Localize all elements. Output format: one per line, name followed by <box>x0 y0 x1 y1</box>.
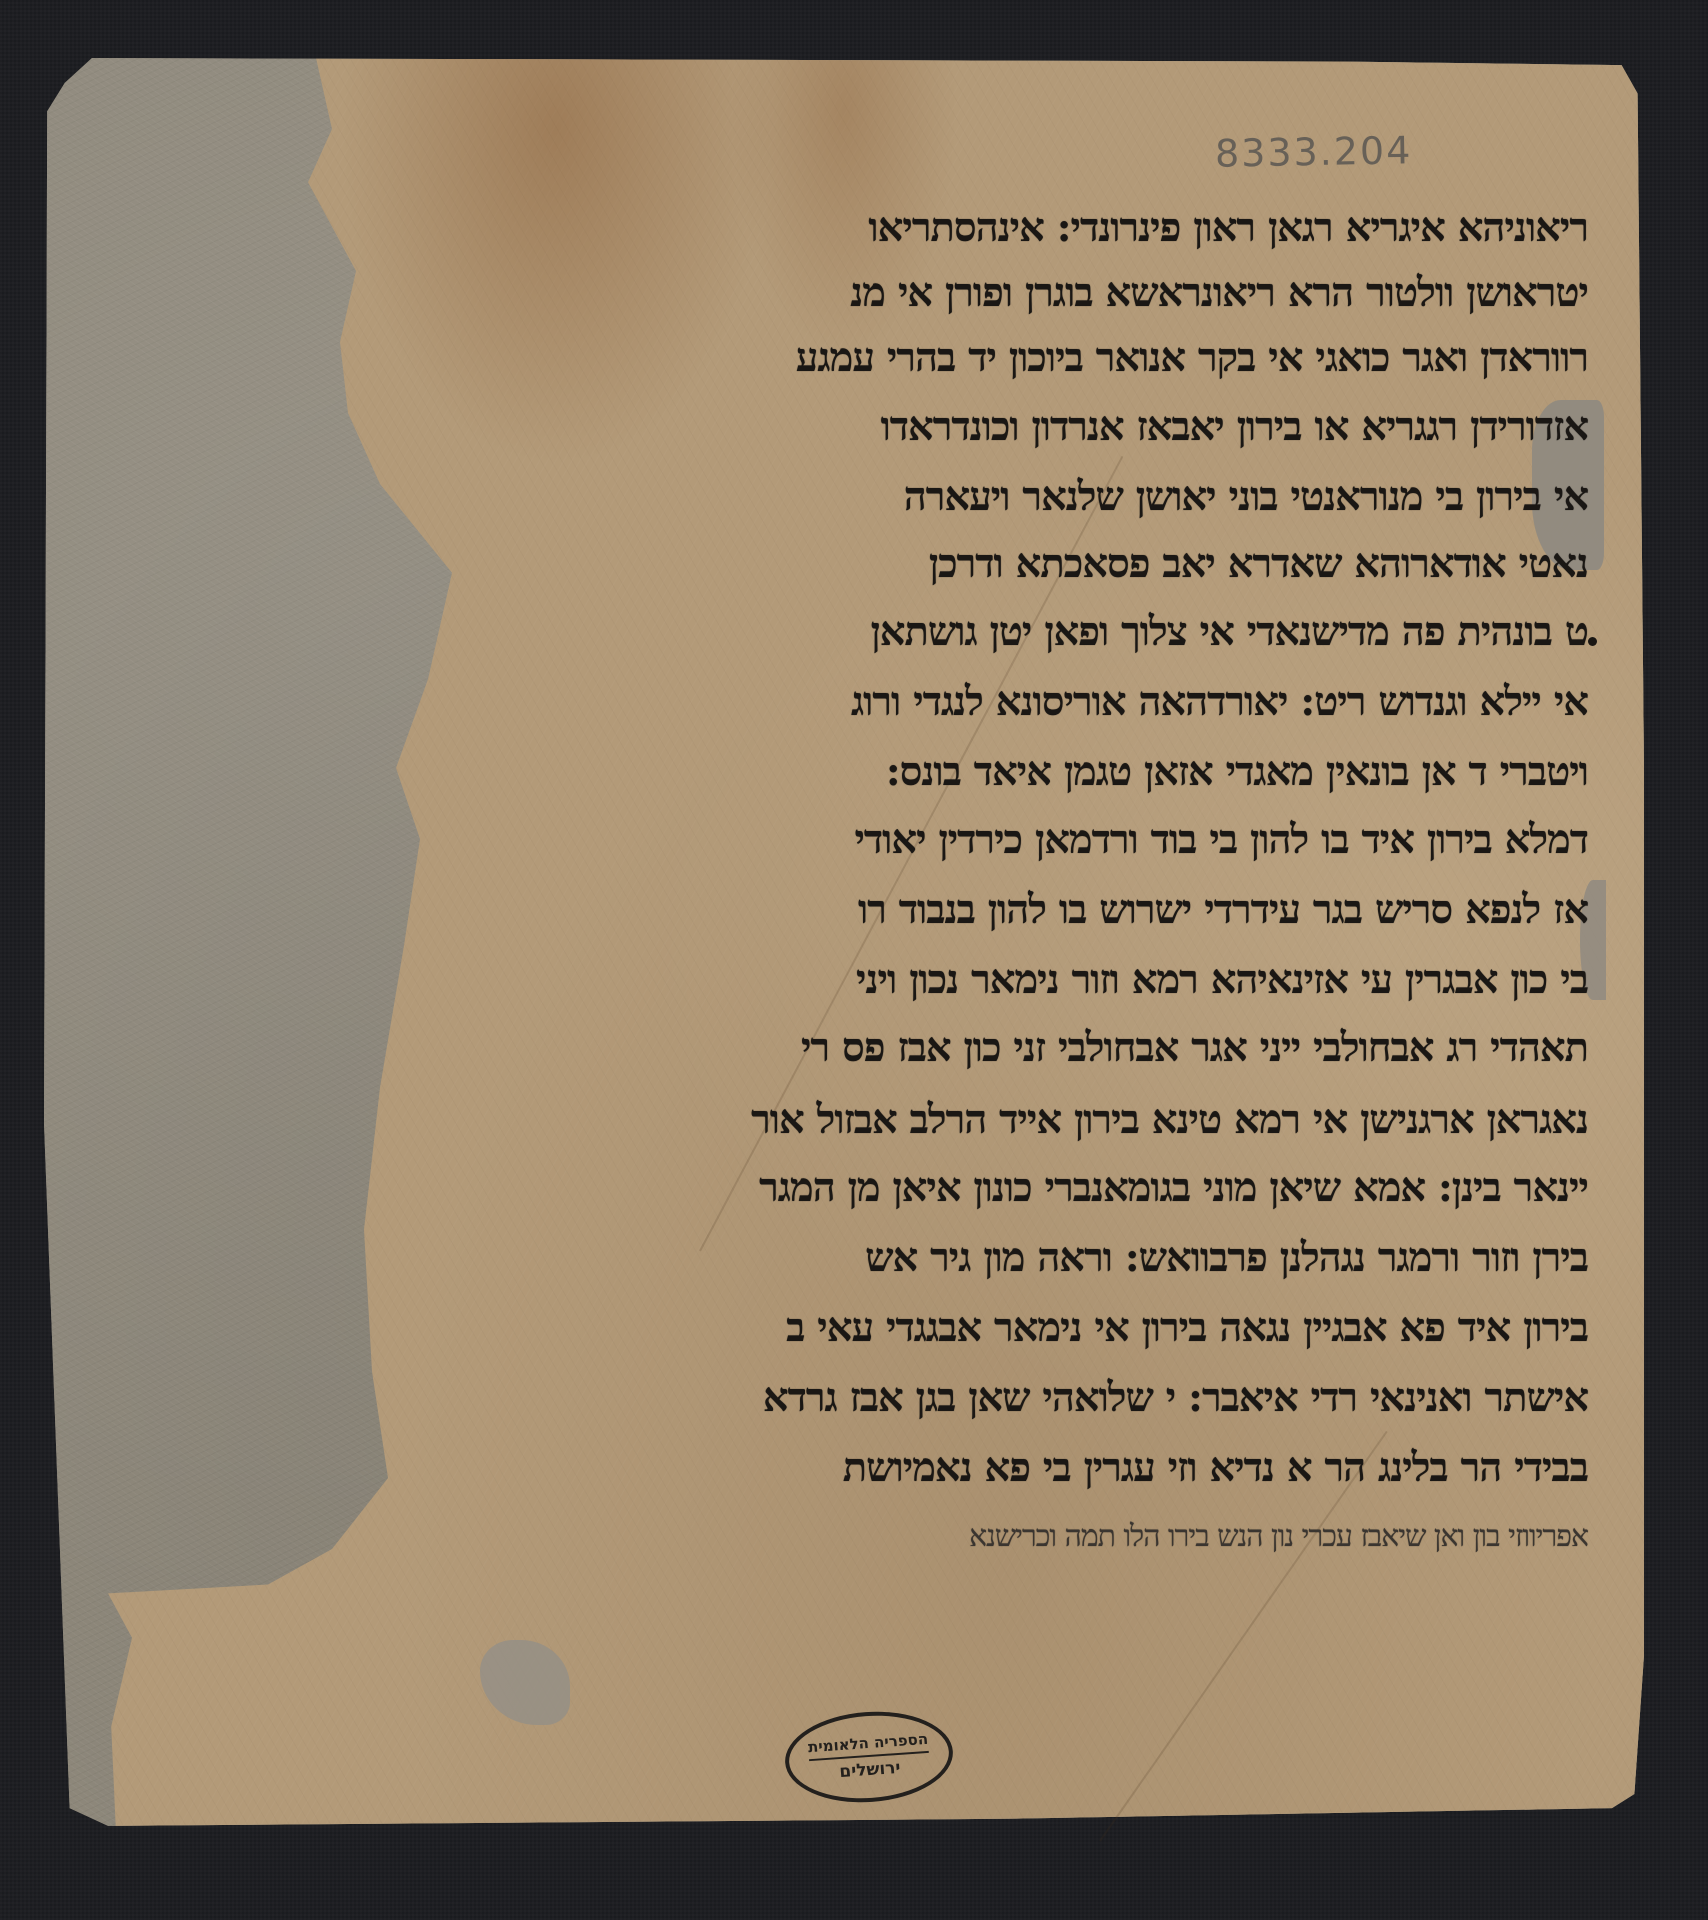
text-line: בירון איד פא אבגיין נגאה בירון אי נימאר … <box>786 1308 1588 1348</box>
text-line: אזדורידן רגגריא או בירון יאבאז אנרדון וכ… <box>881 407 1588 447</box>
text-line: אי בירון בי מנוראנטי בוני יאושן שלנאר וי… <box>904 477 1588 517</box>
text-line: בי כון אבגרין עי אזינאיהא רמא וזור נימאר… <box>856 960 1588 1000</box>
text-line: דמלא בירון איד בו להון בי בוד ורדמאן כיר… <box>854 820 1588 860</box>
text-line: אישתר ואנינאי רדי איאבר: י שלואהי שאן בג… <box>763 1378 1588 1418</box>
ink-spot <box>1588 637 1597 646</box>
stamp-line-1: הספריה הלאומית <box>807 1730 929 1761</box>
text-line: ויטברי ד אן בונאין מאגדי אזאן טגמן איאד … <box>886 752 1588 792</box>
text-line: רווראדן ואגר כואגי אי בקר אנואר ביוכון י… <box>796 338 1588 378</box>
text-line: אז לנפא סריש בגר עידרדי ישרוש בו להון בנ… <box>858 890 1588 930</box>
text-line: בירן וזור ורמגר נגהלנן פרבוואש: וראה מון… <box>865 1238 1588 1278</box>
manuscript-leaf <box>44 58 1644 1833</box>
text-line: ריאוניהא איגריא רגאן ראון פינרונדי: אינה… <box>868 208 1588 248</box>
scan-background: 8333.204 ריאוניהא איגריא רגאן ראון פינרו… <box>0 0 1708 1920</box>
text-line: ט בונהית פה מדישנאדי אי צלוך ופאן יטן גו… <box>871 612 1588 652</box>
text-line: נאגראן ארגנישן אי רמא טינא בירון אייד הר… <box>751 1100 1588 1140</box>
text-line: יטראושן וולטור הרא ריאונראשא בוגרן ופורן… <box>850 273 1588 313</box>
text-line: בבידי הר בלינג הר א נדיא וזי עגרין בי פא… <box>843 1448 1588 1488</box>
text-line-last: אפריווזי בון ואן שיאבז עכרי נון הנש בירו… <box>969 1522 1588 1552</box>
stamp-line-2: ירושלים <box>839 1758 901 1782</box>
text-line: יינאר בינן: אמא שיאן מוני בגומאנברי כונו… <box>759 1168 1588 1208</box>
pencil-shelfmark: 8333.204 <box>1215 128 1413 175</box>
text-line: אי יילא וגנדוש ריט: יאורדהאה אוריסונא לנ… <box>851 682 1588 722</box>
text-line: נאטי אודארוהא שאדרא יאב פסאכתא ודרכן <box>929 544 1588 584</box>
text-line: תאהדי רג אבחולבי ייני אגר אבחולבי זני כו… <box>801 1028 1588 1068</box>
